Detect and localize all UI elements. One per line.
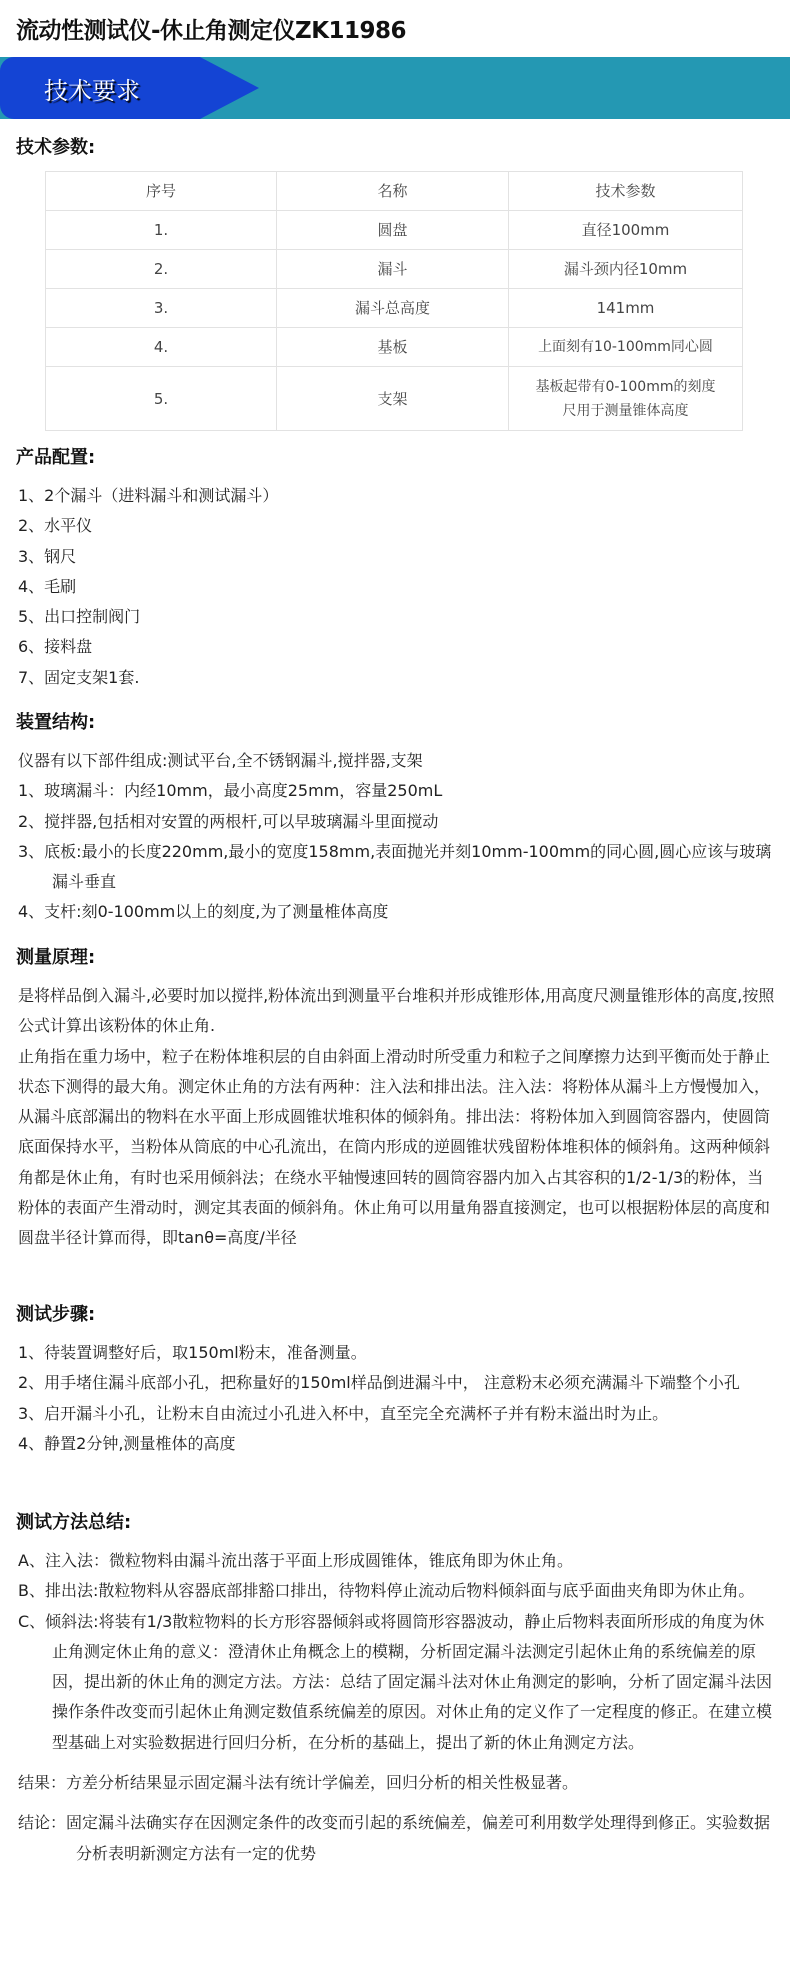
cell-name: 漏斗总高度	[277, 289, 509, 328]
cell-spec-line-1: 基板起带有0-100mm的刻度	[509, 375, 742, 399]
summary-result: 结果：方差分析结果显示固定漏斗法有统计学偏差，回归分析的相关性极显著。	[18, 1768, 778, 1798]
list-item: B、排出法:散粒物料从容器底部排豁口排出，待物料停止流动后物料倾斜面与底乎面曲夹…	[18, 1576, 778, 1606]
principle-paragraph: 止角指在重力场中，粒子在粉体堆积层的自由斜面上滑动时所受重力和粒子之间摩擦力达到…	[18, 1042, 778, 1254]
list-item: 3、底板:最小的长度220mm,最小的宽度158mm,表面抛光并刻10mm-10…	[18, 837, 778, 898]
summary-list: A、注入法：微粒物料由漏斗流出落于平面上形成圆锥体，锥底角即为休止角。 B、排出…	[18, 1546, 778, 1869]
table-row: 5. 支架 基板起带有0-100mm的刻度 尺用于测量锥体高度	[46, 367, 743, 431]
cell-name: 基板	[277, 328, 509, 367]
steps-list: 1、待装置调整好后，取150ml粉末，准备测量。 2、用手堵住漏斗底部小孔，把称…	[18, 1338, 778, 1459]
table-header-row: 序号 名称 技术参数	[46, 172, 743, 211]
structure-heading: 装置结构:	[16, 708, 95, 734]
list-item: 2、用手堵住漏斗底部小孔，把称量好的150ml样品倒进漏斗中， 注意粉末必须充满…	[18, 1368, 778, 1398]
list-item: 3、启开漏斗小孔，让粉末自由流过小孔进入杯中，直至完全充满杯子并有粉末溢出时为止…	[18, 1399, 778, 1429]
cell-no: 1.	[46, 211, 277, 250]
structure-list: 仪器有以下部件组成:测试平台,全不锈钢漏斗,搅拌器,支架 1、玻璃漏斗：内经10…	[18, 746, 778, 928]
banner-label: 技术要求	[44, 71, 140, 106]
principle-paragraph: 是将样品倒入漏斗,必要时加以搅拌,粉体流出到测量平台堆积并形成锥形体,用高度尺测…	[18, 981, 778, 1042]
config-heading: 产品配置:	[16, 443, 95, 469]
list-item: 1、2个漏斗（进料漏斗和测试漏斗）	[18, 481, 778, 511]
cell-spec: 141mm	[509, 289, 743, 328]
table-row: 2. 漏斗 漏斗颈内径10mm	[46, 250, 743, 289]
list-item: 4、支杆:刻0-100mm以上的刻度,为了测量椎体高度	[18, 897, 778, 927]
table-row: 1. 圆盘 直径100mm	[46, 211, 743, 250]
list-item: 2、水平仪	[18, 511, 778, 541]
cell-spec: 基板起带有0-100mm的刻度 尺用于测量锥体高度	[509, 367, 743, 431]
principle-heading: 测量原理:	[16, 943, 95, 969]
list-item: C、倾斜法:将装有1/3散粒物料的长方形容器倾斜或将圆筒形容器波动，静止后物料表…	[18, 1607, 778, 1758]
list-item: 2、搅拌器,包括相对安置的两根杆,可以早玻璃漏斗里面搅动	[18, 807, 778, 837]
cell-spec: 上面刻有10-100mm同心圆	[509, 328, 743, 367]
table-row: 4. 基板 上面刻有10-100mm同心圆	[46, 328, 743, 367]
summary-heading: 测试方法总结:	[16, 1508, 131, 1534]
principle-text: 是将样品倒入漏斗,必要时加以搅拌,粉体流出到测量平台堆积并形成锥形体,用高度尺测…	[18, 981, 778, 1254]
column-header-spec: 技术参数	[509, 172, 743, 211]
cell-spec: 直径100mm	[509, 211, 743, 250]
page-title: 流动性测试仪-休止角测定仪ZK11986	[16, 12, 406, 45]
column-header-name: 名称	[277, 172, 509, 211]
cell-name: 圆盘	[277, 211, 509, 250]
table-row: 3. 漏斗总高度 141mm	[46, 289, 743, 328]
structure-intro: 仪器有以下部件组成:测试平台,全不锈钢漏斗,搅拌器,支架	[18, 746, 778, 776]
cell-no: 5.	[46, 367, 277, 431]
list-item: 1、玻璃漏斗：内经10mm，最小高度25mm，容量250mL	[18, 776, 778, 806]
list-item: A、注入法：微粒物料由漏斗流出落于平面上形成圆锥体，锥底角即为休止角。	[18, 1546, 778, 1576]
cell-no: 2.	[46, 250, 277, 289]
list-item: 7、固定支架1套.	[18, 663, 778, 693]
summary-conclusion: 结论：固定漏斗法确实存在因测定条件的改变而引起的系统偏差，偏差可利用数学处理得到…	[18, 1808, 778, 1869]
cell-name: 支架	[277, 367, 509, 431]
cell-spec: 漏斗颈内径10mm	[509, 250, 743, 289]
cell-no: 4.	[46, 328, 277, 367]
list-item: 1、待装置调整好后，取150ml粉末，准备测量。	[18, 1338, 778, 1368]
config-list: 1、2个漏斗（进料漏斗和测试漏斗） 2、水平仪 3、钢尺 4、毛刷 5、出口控制…	[18, 481, 778, 693]
cell-spec-line-2: 尺用于测量锥体高度	[509, 399, 742, 423]
list-item: 6、接料盘	[18, 632, 778, 662]
section-banner: 技术要求	[0, 57, 790, 119]
cell-name: 漏斗	[277, 250, 509, 289]
list-item: 5、出口控制阀门	[18, 602, 778, 632]
list-item: 4、静置2分钟,测量椎体的高度	[18, 1429, 778, 1459]
list-item: 3、钢尺	[18, 542, 778, 572]
list-item: 4、毛刷	[18, 572, 778, 602]
cell-no: 3.	[46, 289, 277, 328]
tech-params-heading: 技术参数:	[16, 133, 95, 159]
column-header-no: 序号	[46, 172, 277, 211]
steps-heading: 测试步骤:	[16, 1300, 95, 1326]
tech-params-table: 序号 名称 技术参数 1. 圆盘 直径100mm 2. 漏斗 漏斗颈内径10mm…	[45, 171, 743, 431]
